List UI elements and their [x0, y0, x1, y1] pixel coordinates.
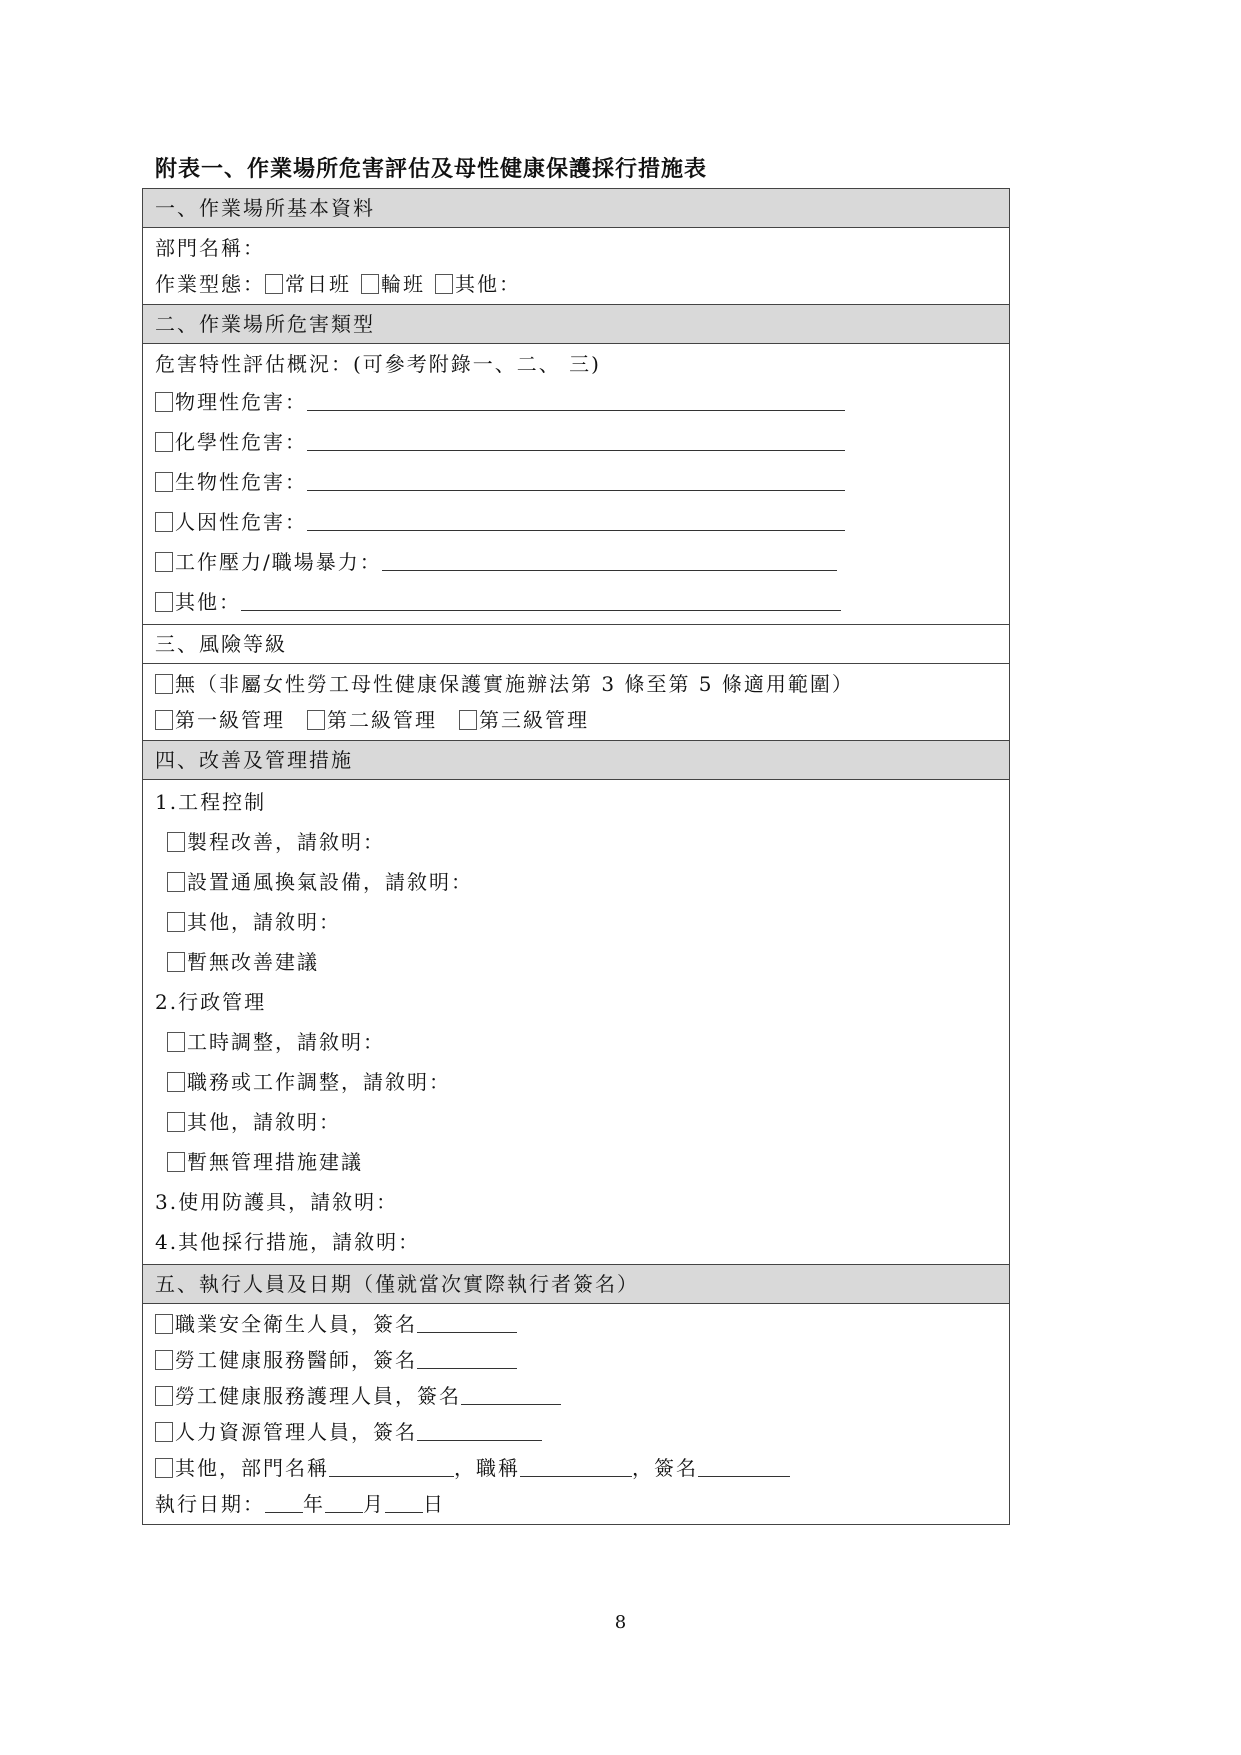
checkbox-other-shift[interactable] [435, 274, 453, 294]
process-improvement-label: 製程改善，請敘明： [187, 830, 385, 854]
other-hazard-label: 其他： [175, 590, 241, 614]
rotating-shift-label: 輪班 [381, 272, 425, 296]
hr-signature[interactable] [417, 1422, 542, 1441]
admin-item-other: 其他，請敘明： [143, 1102, 1009, 1142]
checkbox-process-improvement[interactable] [167, 832, 185, 852]
stress-violence-label: 工作壓力/職場暴力： [175, 550, 382, 574]
chemical-hazard-label: 化學性危害： [175, 430, 307, 454]
admin-other-label: 其他，請敘明： [187, 1110, 341, 1134]
safety-officer-label: 職業安全衛生人員，簽名 [175, 1312, 417, 1336]
checkbox-stress-violence[interactable] [155, 552, 173, 572]
duty-adjust-label: 職務或工作調整，請敘明： [187, 1070, 451, 1094]
chemical-hazard-blank[interactable] [307, 432, 845, 451]
other-dept-blank[interactable] [329, 1458, 454, 1477]
ppe-row[interactable]: 3.使用防護具，請敘明： [143, 1182, 1009, 1222]
checkbox-admin-other[interactable] [167, 1112, 185, 1132]
checkbox-hr[interactable] [155, 1422, 173, 1442]
signer-hr-row: 人力資源管理人員，簽名 [143, 1414, 1009, 1450]
level-3-label: 第三級管理 [479, 708, 589, 732]
hazard-ergonomic-row: 人因性危害： [143, 502, 1009, 542]
checkbox-ergonomic-hazard[interactable] [155, 512, 173, 532]
work-type-row: 作業型態：常日班輪班其他： [143, 266, 1009, 302]
assessment-form-table: 一、作業場所基本資料 部門名稱： 作業型態：常日班輪班其他： 二、作業場所危害類… [142, 188, 1010, 1525]
ergonomic-hazard-label: 人因性危害： [175, 510, 307, 534]
section-5-header: 五、執行人員及日期（僅就當次實際執行者簽名） [143, 1265, 1009, 1304]
admin-item-none: 暫無管理措施建議 [143, 1142, 1009, 1182]
physical-hazard-label: 物理性危害： [175, 390, 307, 414]
ventilation-label: 設置通風換氣設備，請敘明： [187, 870, 473, 894]
eng-item-ventilation: 設置通風換氣設備，請敘明： [143, 862, 1009, 902]
hazard-overview: 危害特性評估概況：(可參考附錄一、二、 三) [143, 346, 1009, 382]
section-3-body: 無（非屬女性勞工母性健康保護實施辦法第 3 條至第 5 條適用範圍） 第一級管理… [143, 664, 1009, 741]
department-name-row[interactable]: 部門名稱： [143, 230, 1009, 266]
page-number: 8 [0, 1612, 1241, 1633]
checkbox-level-3[interactable] [459, 710, 477, 730]
day-label: 日 [423, 1492, 445, 1516]
admin-item-hours: 工時調整，請敘明： [143, 1022, 1009, 1062]
section-2-header: 二、作業場所危害類型 [143, 305, 1009, 344]
checkbox-day-shift[interactable] [265, 274, 283, 294]
other-hazard-blank[interactable] [241, 592, 841, 611]
checkbox-biological-hazard[interactable] [155, 472, 173, 492]
physical-hazard-blank[interactable] [307, 392, 845, 411]
level-1-label: 第一級管理 [175, 708, 285, 732]
other-dept-label: 其他，部門名稱 [175, 1456, 329, 1480]
admin-item-duty: 職務或工作調整，請敘明： [143, 1062, 1009, 1102]
risk-levels-row: 第一級管理第二級管理第三級管理 [143, 702, 1009, 738]
section-5-body: 職業安全衛生人員，簽名 勞工健康服務醫師，簽名 勞工健康服務護理人員，簽名 人力… [143, 1304, 1009, 1524]
physician-label: 勞工健康服務醫師，簽名 [175, 1348, 417, 1372]
admin-none-label: 暫無管理措施建議 [187, 1150, 363, 1174]
biological-hazard-label: 生物性危害： [175, 470, 307, 494]
eng-other-label: 其他，請敘明： [187, 910, 341, 934]
eng-none-label: 暫無改善建議 [187, 950, 319, 974]
hazard-chemical-row: 化學性危害： [143, 422, 1009, 462]
hazard-physical-row: 物理性危害： [143, 382, 1009, 422]
other-title-blank[interactable] [520, 1458, 632, 1477]
checkbox-other-hazard[interactable] [155, 592, 173, 612]
signer-other-row: 其他，部門名稱，職稱，簽名 [143, 1450, 1009, 1486]
section-2-body: 危害特性評估概況：(可參考附錄一、二、 三) 物理性危害： 化學性危害： 生物性… [143, 344, 1009, 625]
nurse-label: 勞工健康服務護理人員，簽名 [175, 1384, 461, 1408]
checkbox-safety-officer[interactable] [155, 1314, 173, 1334]
section-4-header: 四、改善及管理措施 [143, 741, 1009, 780]
work-type-label: 作業型態： [155, 272, 265, 296]
checkbox-risk-none[interactable] [155, 674, 173, 694]
department-name-label: 部門名稱： [155, 236, 265, 260]
checkbox-signer-other[interactable] [155, 1458, 173, 1478]
physician-signature[interactable] [417, 1350, 517, 1369]
checkbox-eng-none[interactable] [167, 952, 185, 972]
execution-date-row: 執行日期：年月日 [143, 1486, 1009, 1522]
month-blank[interactable] [325, 1494, 363, 1513]
checkbox-physical-hazard[interactable] [155, 392, 173, 412]
year-blank[interactable] [265, 1494, 303, 1513]
admin-control-title: 2.行政管理 [143, 982, 1009, 1022]
checkbox-ventilation[interactable] [167, 872, 185, 892]
checkbox-duty-adjust[interactable] [167, 1072, 185, 1092]
other-title-label: ，職稱 [454, 1456, 520, 1480]
other-sign-label: ，簽名 [632, 1456, 698, 1480]
section-3-header: 三、風險等級 [143, 625, 1009, 664]
signer-physician-row: 勞工健康服務醫師，簽名 [143, 1342, 1009, 1378]
hazard-biological-row: 生物性危害： [143, 462, 1009, 502]
nurse-signature[interactable] [461, 1386, 561, 1405]
checkbox-level-2[interactable] [307, 710, 325, 730]
section-4-body: 1.工程控制 製程改善，請敘明： 設置通風換氣設備，請敘明： 其他，請敘明： 暫… [143, 780, 1009, 1265]
other-shift-label: 其他： [455, 272, 521, 296]
checkbox-physician[interactable] [155, 1350, 173, 1370]
hours-adjust-label: 工時調整，請敘明： [187, 1030, 385, 1054]
other-signature[interactable] [698, 1458, 790, 1477]
checkbox-level-1[interactable] [155, 710, 173, 730]
checkbox-nurse[interactable] [155, 1386, 173, 1406]
section-1-header: 一、作業場所基本資料 [143, 189, 1009, 228]
risk-none-row: 無（非屬女性勞工母性健康保護實施辦法第 3 條至第 5 條適用範圍） [143, 666, 1009, 702]
year-label: 年 [303, 1492, 325, 1516]
hazard-other-row: 其他： [143, 582, 1009, 622]
checkbox-hours-adjust[interactable] [167, 1032, 185, 1052]
safety-officer-signature[interactable] [417, 1314, 517, 1333]
biological-hazard-blank[interactable] [307, 472, 845, 491]
hazard-stress-row: 工作壓力/職場暴力： [143, 542, 1009, 582]
other-measures-row[interactable]: 4.其他採行措施，請敘明： [143, 1222, 1009, 1262]
month-label: 月 [363, 1492, 385, 1516]
eng-item-none: 暫無改善建議 [143, 942, 1009, 982]
eng-item-other: 其他，請敘明： [143, 902, 1009, 942]
hr-label: 人力資源管理人員，簽名 [175, 1420, 417, 1444]
engineering-control-title: 1.工程控制 [143, 782, 1009, 822]
day-shift-label: 常日班 [285, 272, 351, 296]
checkbox-rotating-shift[interactable] [361, 274, 379, 294]
ergonomic-hazard-blank[interactable] [307, 512, 845, 531]
execution-date-label: 執行日期： [155, 1492, 265, 1516]
level-2-label: 第二級管理 [327, 708, 437, 732]
checkbox-eng-other[interactable] [167, 912, 185, 932]
eng-item-process: 製程改善，請敘明： [143, 822, 1009, 862]
checkbox-admin-none[interactable] [167, 1152, 185, 1172]
signer-safety-row: 職業安全衛生人員，簽名 [143, 1306, 1009, 1342]
checkbox-chemical-hazard[interactable] [155, 432, 173, 452]
document-title: 附表一、作業場所危害評估及母性健康保護採行措施表 [155, 152, 707, 183]
stress-violence-blank[interactable] [382, 552, 837, 571]
risk-none-label: 無（非屬女性勞工母性健康保護實施辦法第 3 條至第 5 條適用範圍） [175, 672, 854, 696]
section-1-body: 部門名稱： 作業型態：常日班輪班其他： [143, 228, 1009, 305]
day-blank[interactable] [385, 1494, 423, 1513]
signer-nurse-row: 勞工健康服務護理人員，簽名 [143, 1378, 1009, 1414]
